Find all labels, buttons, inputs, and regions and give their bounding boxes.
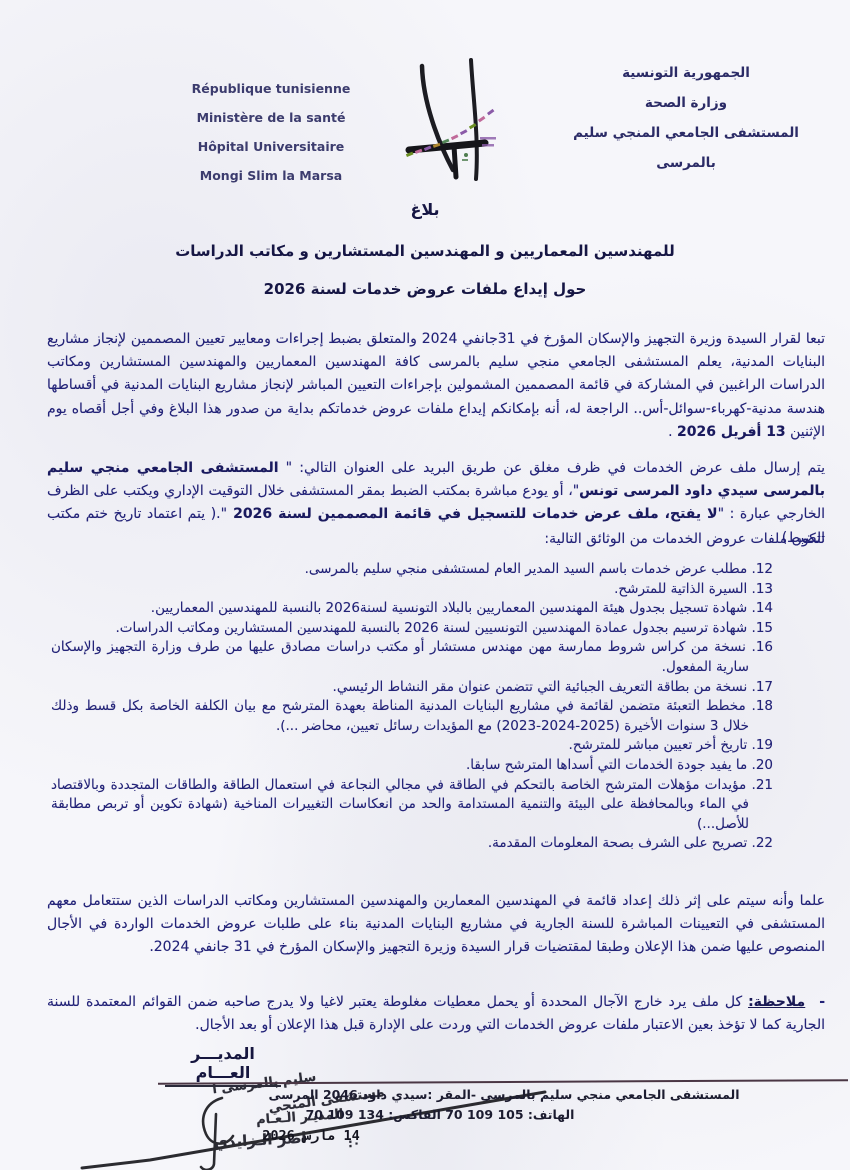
document-subtitle-audience: للمهندسين المعماريين و المهندسين المستشا… bbox=[40, 242, 810, 260]
letterhead-french: République tunisienne Ministère de la sa… bbox=[186, 74, 356, 190]
list-item: 16. نسخة من كراس شروط ممارسة مهن مهندس م… bbox=[51, 638, 773, 677]
letterhead-french-line: Ministère de la santé bbox=[186, 103, 356, 132]
list-item: 20. ما يفيد جودة الخدمات التي أسداها الم… bbox=[51, 756, 773, 776]
footer-phone-fax: الهاتف: 105 109 70 الفاكس: 134 109 70 bbox=[250, 1107, 630, 1122]
list-item: 14. شهادة تسجيل بجدول هيئة المهندسين الم… bbox=[51, 599, 773, 619]
letterhead-arabic-line: الجمهورية التونسية bbox=[552, 58, 820, 88]
paragraph-intro: تبعا لقرار السيدة وزيرة التجهيز والإسكان… bbox=[47, 328, 825, 444]
note-label: ملاحظة: bbox=[748, 994, 805, 1010]
letterhead-arabic: الجمهورية التونسية وزارة الصحة المستشفى … bbox=[552, 58, 820, 178]
letterhead-french-line: Hôpital Universitaire bbox=[186, 132, 356, 161]
footer-address: المستشفى الجامعي منجي سليم بالمرسى -المق… bbox=[160, 1087, 848, 1102]
letterhead-arabic-line: بالمرسى bbox=[552, 148, 820, 178]
letterhead-french-line: Mongi Slim la Marsa bbox=[186, 161, 356, 190]
documents-intro: تتكون ملفات عروض الخدمات من الوثائق التا… bbox=[47, 531, 825, 547]
letterhead-arabic-line: المستشفى الجامعي المنجي سليم bbox=[552, 118, 820, 148]
letterhead-arabic-line: وزارة الصحة bbox=[552, 88, 820, 118]
note-dash: - bbox=[805, 994, 825, 1010]
logo-calligraphy-swoosh bbox=[406, 109, 495, 157]
document-page: République tunisienne Ministère de la sa… bbox=[0, 0, 850, 1170]
received-date-stamp: 14 مارس 2026 bbox=[226, 1128, 396, 1144]
list-item: 12. مطلب عرض خدمات باسم السيد المدير الع… bbox=[51, 560, 773, 580]
list-item: 13. السيرة الذاتية للمترشح. bbox=[51, 580, 773, 600]
document-title: بلاغ bbox=[40, 200, 810, 219]
envelope-label-bold: لا يفتح، ملف عرض خدمات للتسجيل في قائمة … bbox=[227, 506, 718, 522]
document-subtitle-subject: حول إيداع ملفات عروض خدمات لسنة 2026 bbox=[40, 280, 810, 298]
list-item: 18. مخطط التعبئة متضمن لقائمة في مشاريع … bbox=[51, 697, 773, 736]
note-text: كل ملف يرد خارج الآجال المحددة أو يحمل م… bbox=[47, 994, 825, 1033]
hospital-logo-icon bbox=[392, 58, 508, 188]
letterhead-french-line: République tunisienne bbox=[186, 74, 356, 103]
list-item: 17. نسخة من بطاقة التعريف الجبائية التي … bbox=[51, 678, 773, 698]
paragraph-shortlist: علما وأنه سيتم على إثر ذلك إعداد قائمة ف… bbox=[47, 890, 825, 960]
list-item: 19. تاريخ أخر تعيين مباشر للمترشح. bbox=[51, 736, 773, 756]
list-item: 22. تصريح على الشرف بصحة المعلومات المقد… bbox=[51, 834, 773, 854]
list-item: 15. شهادة ترسيم بجدول عمادة المهندسين ال… bbox=[51, 619, 773, 639]
list-item: 21. مؤيدات مؤهلات المترشح الخاصة بالتحكم… bbox=[51, 776, 773, 835]
documents-list: 12. مطلب عرض خدمات باسم السيد المدير الع… bbox=[51, 560, 773, 854]
deadline-date: 13 أفريل 2026 bbox=[677, 424, 786, 440]
paragraph-note: -ملاحظة: كل ملف يرد خارج الآجال المحددة … bbox=[47, 991, 825, 1037]
